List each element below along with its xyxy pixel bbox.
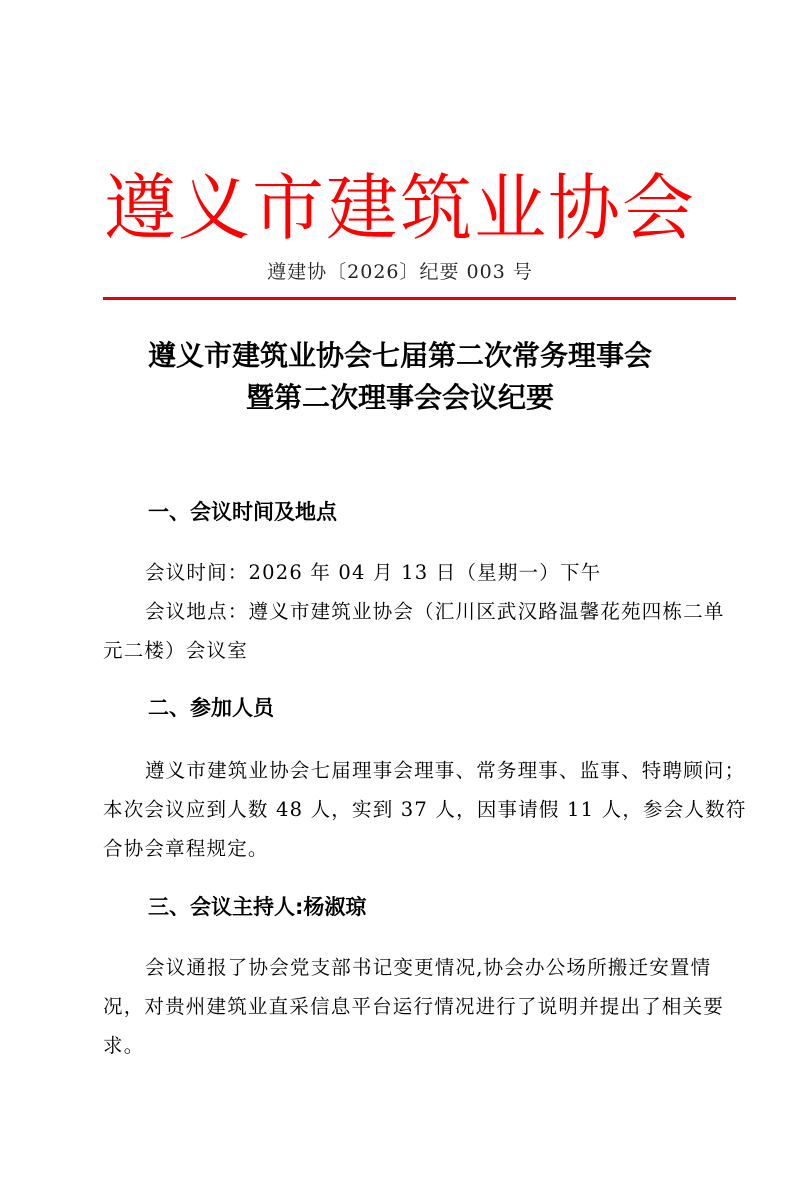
document-page: 遵义市建筑业协会 遵建协〔2026〕纪要 003 号 遵义市建筑业协会七届第二次… [0,0,800,1200]
document-title: 遵义市建筑业协会七届第二次常务理事会 暨第二次理事会会议纪要 [60,335,740,419]
host-summary-line-1: 会议通报了协会党支部书记变更情况,协会办公场所搬迁安置情 [103,948,699,987]
section-body-attendees: 遵义市建筑业协会七届理事会理事、常务理事、监事、特聘顾问； 本次会议应到人数 4… [103,751,699,868]
meeting-location-line-cont: 元二楼）会议室 [103,631,699,670]
attendees-line-3: 合协会章程规定。 [103,829,699,868]
section-heading-attendees: 二、参加人员 [148,693,708,723]
host-summary-line-3: 求。 [103,1026,699,1065]
meeting-time-line: 会议时间：2026 年 04 月 13 日（星期一）下午 [103,553,699,592]
section-body-host: 会议通报了协会党支部书记变更情况,协会办公场所搬迁安置情 况，对贵州建筑业直采信… [103,948,699,1065]
document-title-line-1: 遵义市建筑业协会七届第二次常务理事会 [60,335,740,377]
meeting-location-line: 会议地点：遵义市建筑业协会（汇川区武汉路温馨花苑四栋二单 [103,592,699,631]
section-heading-time-location: 一、会议时间及地点 [148,497,708,527]
attendees-line-2: 本次会议应到人数 48 人，实到 37 人，因事请假 11 人，参会人数符 [103,790,699,829]
letterhead-red-divider [103,297,736,300]
attendees-line-1: 遵义市建筑业协会七届理事会理事、常务理事、监事、特聘顾问； [103,751,699,790]
organization-letterhead-title: 遵义市建筑业协会 [100,160,700,256]
document-reference-number: 遵建协〔2026〕纪要 003 号 [100,257,700,287]
host-summary-line-2: 况，对贵州建筑业直采信息平台运行情况进行了说明并提出了相关要 [103,987,699,1026]
section-body-time-location: 会议时间：2026 年 04 月 13 日（星期一）下午 会议地点：遵义市建筑业… [103,553,699,670]
document-title-line-2: 暨第二次理事会会议纪要 [60,377,740,419]
section-heading-host: 三、会议主持人:杨淑琼 [148,892,708,922]
